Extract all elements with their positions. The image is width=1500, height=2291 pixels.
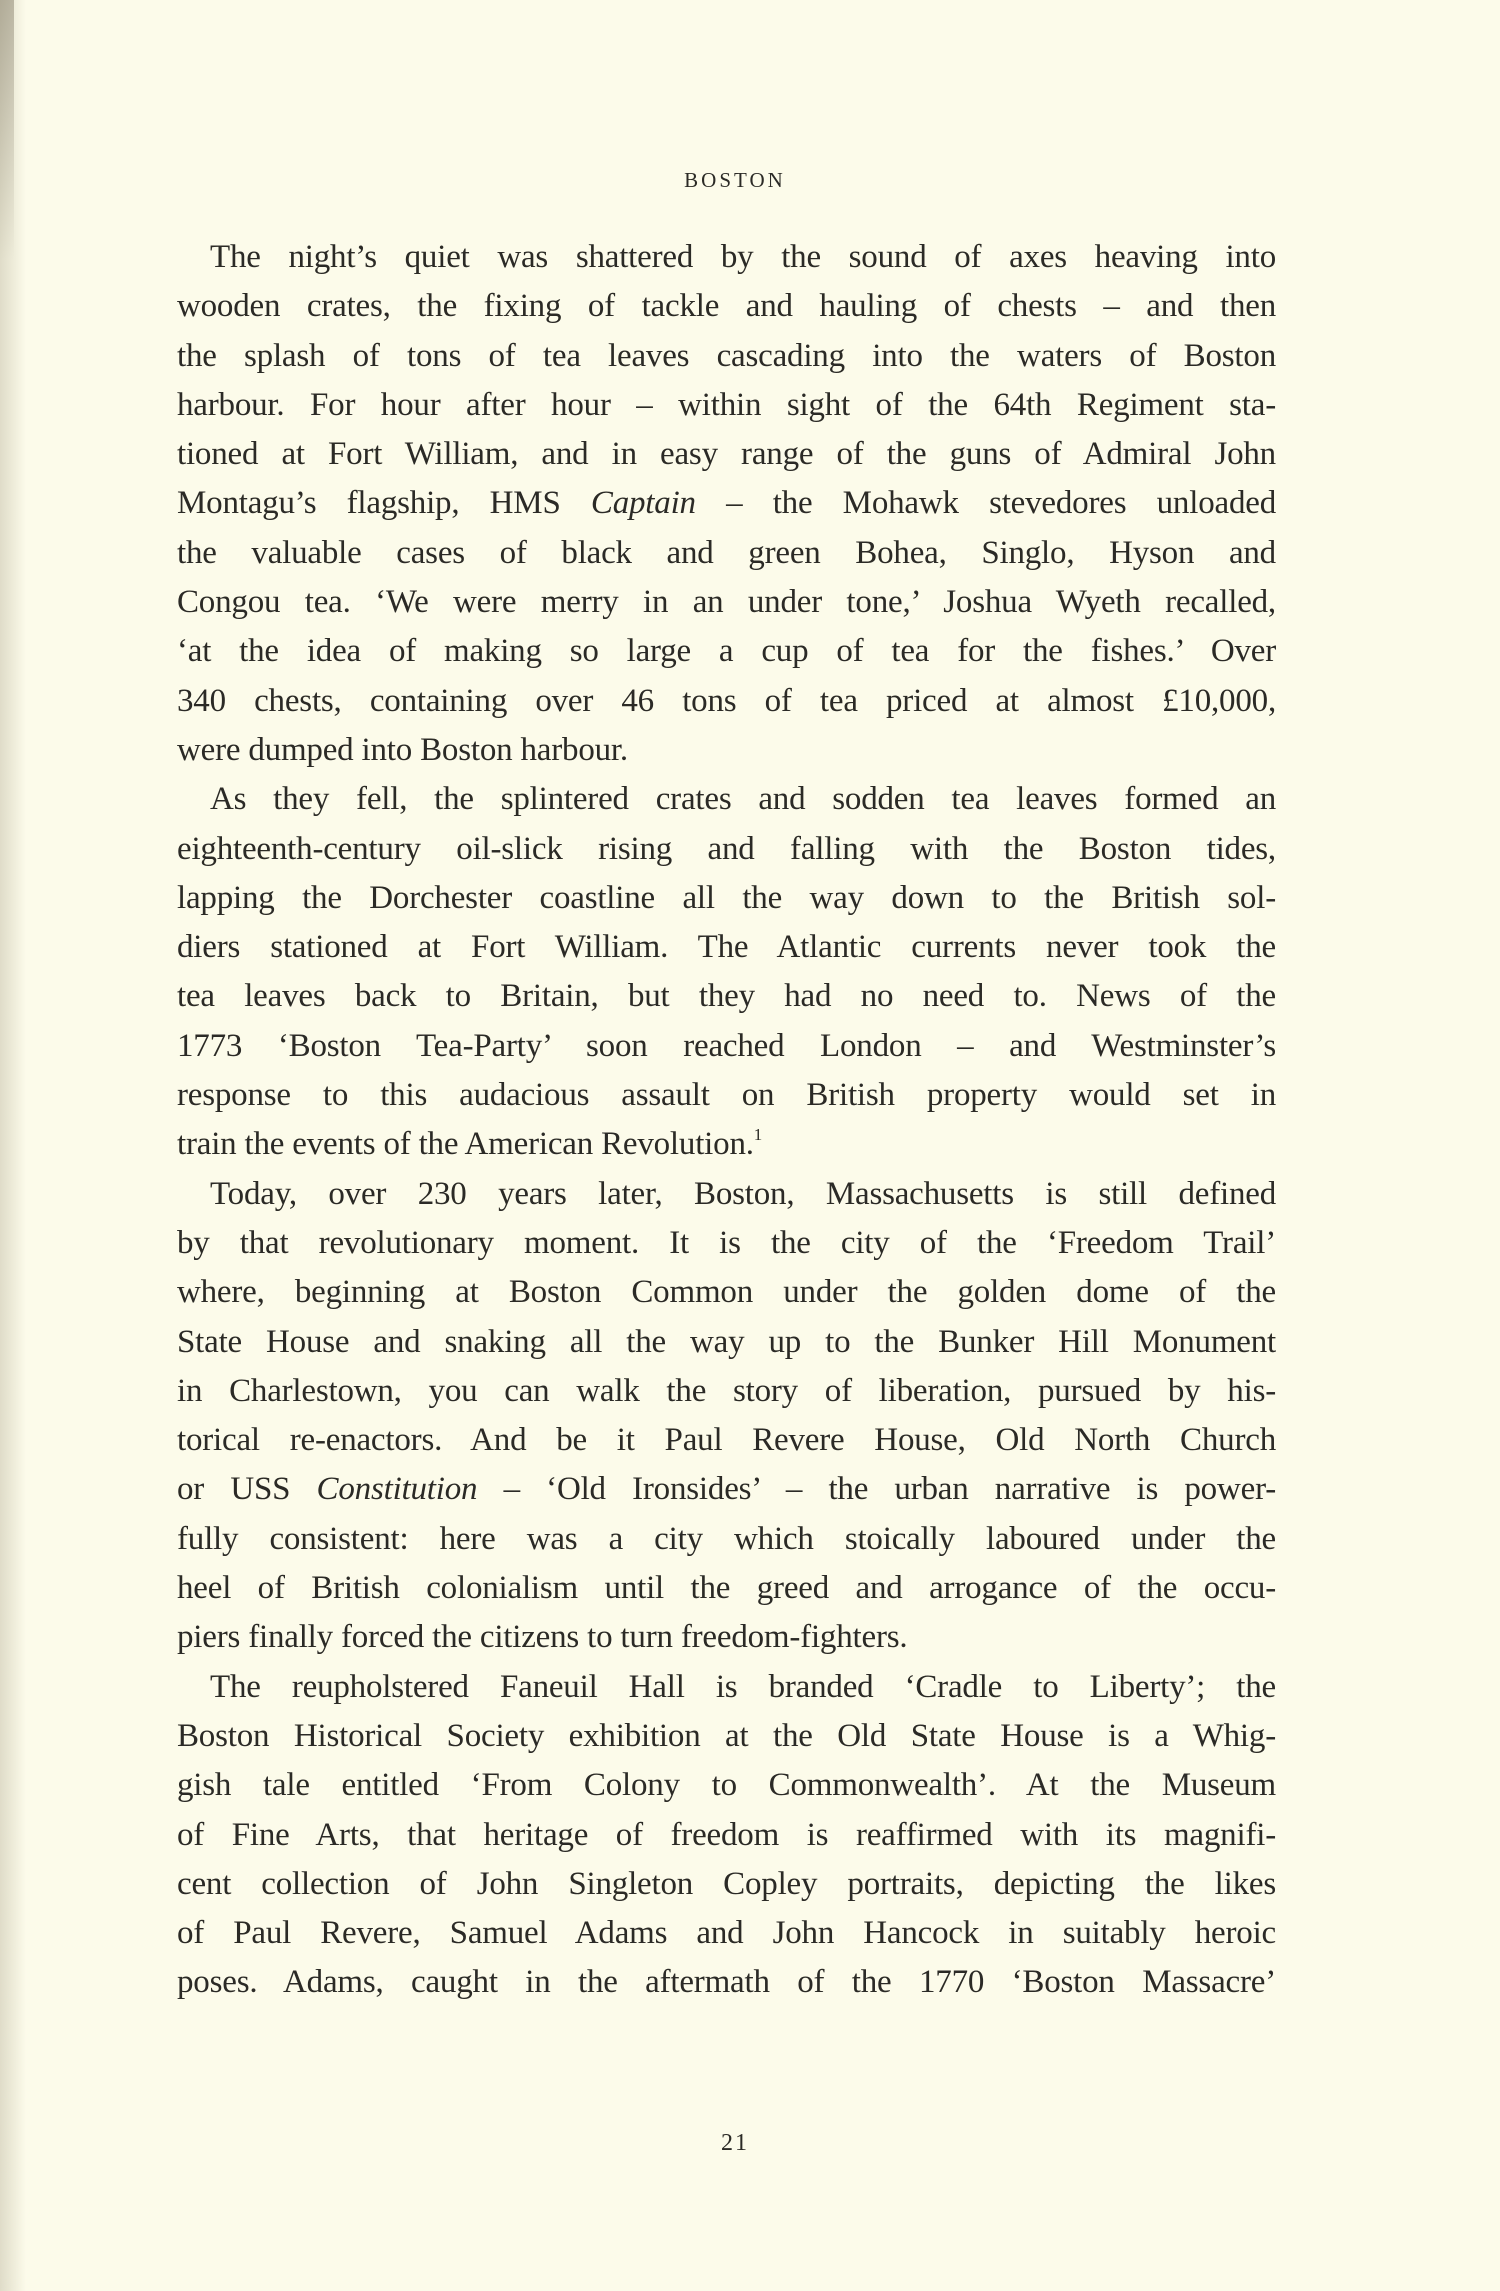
text-segment: of Fine Arts, that heritage of freedom i… (177, 1817, 1276, 1853)
text-line: tioned at Fort William, and in easy rang… (177, 430, 1276, 479)
text-line: where, beginning at Boston Common under … (177, 1268, 1276, 1317)
text-segment: piers finally forced the citizens to tur… (177, 1619, 907, 1655)
text-segment: fully consistent: here was a city which … (177, 1521, 1276, 1557)
text-segment: ‘at the idea of making so large a cup of… (177, 633, 1276, 669)
text-segment: State House and snaking all the way up t… (177, 1324, 1276, 1360)
text-segment: As they fell, the splintered crates and … (210, 781, 1276, 817)
text-segment: The reupholstered Faneuil Hall is brande… (210, 1669, 1276, 1705)
text-segment: tea leaves back to Britain, but they had… (177, 978, 1276, 1014)
text-segment: where, beginning at Boston Common under … (177, 1274, 1276, 1310)
text-line: wooden crates, the fixing of tackle and … (177, 282, 1276, 331)
text-line: heel of British colonialism until the gr… (177, 1564, 1276, 1613)
running-head: BOSTON (0, 168, 1470, 193)
paragraph: As they fell, the splintered crates and … (177, 775, 1276, 1169)
text-line: diers stationed at Fort William. The Atl… (177, 923, 1276, 972)
text-line: The night’s quiet was shattered by the s… (177, 233, 1276, 282)
text-segment: cent collection of John Singleton Copley… (177, 1866, 1276, 1902)
body-text: The night’s quiet was shattered by the s… (177, 233, 1276, 2008)
footnote-marker: 1 (754, 1125, 762, 1144)
text-line: of Paul Revere, Samuel Adams and John Ha… (177, 1909, 1276, 1958)
text-line: Congou tea. ‘We were merry in an under t… (177, 578, 1276, 627)
text-segment: gish tale entitled ‘From Colony to Commo… (177, 1767, 1276, 1803)
text-line: gish tale entitled ‘From Colony to Commo… (177, 1761, 1276, 1810)
text-segment: Montagu’s flagship, HMS (177, 485, 591, 521)
text-line: of Fine Arts, that heritage of freedom i… (177, 1811, 1276, 1860)
text-line: tea leaves back to Britain, but they had… (177, 972, 1276, 1021)
page-number: 21 (0, 2130, 1470, 2157)
text-segment: diers stationed at Fort William. The Atl… (177, 929, 1276, 965)
text-line: fully consistent: here was a city which … (177, 1515, 1276, 1564)
text-segment: were dumped into Boston harbour. (177, 732, 628, 768)
text-line: ‘at the idea of making so large a cup of… (177, 627, 1276, 676)
text-segment: The night’s quiet was shattered by the s… (210, 239, 1276, 275)
text-line: cent collection of John Singleton Copley… (177, 1860, 1276, 1909)
text-line: train the events of the American Revolut… (177, 1120, 1276, 1169)
text-line: the valuable cases of black and green Bo… (177, 529, 1276, 578)
text-segment: tioned at Fort William, and in easy rang… (177, 436, 1276, 472)
text-line: 1773 ‘Boston Tea-Party’ soon reached Lon… (177, 1022, 1276, 1071)
text-segment: train the events of the American Revolut… (177, 1126, 754, 1162)
text-line: The reupholstered Faneuil Hall is brande… (177, 1663, 1276, 1712)
text-line: were dumped into Boston harbour. (177, 726, 1276, 775)
text-line: or USS Constitution – ‘Old Ironsides’ – … (177, 1465, 1276, 1514)
text-line: in Charlestown, you can walk the story o… (177, 1367, 1276, 1416)
text-segment: Boston Historical Society exhibition at … (177, 1718, 1276, 1754)
text-line: State House and snaking all the way up t… (177, 1318, 1276, 1367)
text-segment: in Charlestown, you can walk the story o… (177, 1373, 1276, 1409)
text-line: As they fell, the splintered crates and … (177, 775, 1276, 824)
text-line: poses. Adams, caught in the aftermath of… (177, 1958, 1276, 2007)
text-segment: the splash of tons of tea leaves cascadi… (177, 338, 1276, 374)
text-line: torical re-enactors. And be it Paul Reve… (177, 1416, 1276, 1465)
text-segment: – ‘Old Ironsides’ – the urban narrative … (477, 1471, 1276, 1507)
text-segment: response to this audacious assault on Br… (177, 1077, 1276, 1113)
text-line: piers finally forced the citizens to tur… (177, 1613, 1276, 1662)
paragraph: The reupholstered Faneuil Hall is brande… (177, 1663, 1276, 2008)
paragraph: The night’s quiet was shattered by the s… (177, 233, 1276, 775)
text-line: Boston Historical Society exhibition at … (177, 1712, 1276, 1761)
text-segment: Congou tea. ‘We were merry in an under t… (177, 584, 1276, 620)
text-line: response to this audacious assault on Br… (177, 1071, 1276, 1120)
italic-title: Constitution (317, 1471, 478, 1507)
binding-shadow (0, 0, 26, 2291)
text-segment: heel of British colonialism until the gr… (177, 1570, 1276, 1606)
text-segment: lapping the Dorchester coastline all the… (177, 880, 1276, 916)
text-line: eighteenth-century oil-slick rising and … (177, 825, 1276, 874)
text-line: Today, over 230 years later, Boston, Mas… (177, 1170, 1276, 1219)
text-line: harbour. For hour after hour – within si… (177, 381, 1276, 430)
text-segment: of Paul Revere, Samuel Adams and John Ha… (177, 1915, 1276, 1951)
binding-shadow-top (0, 0, 14, 260)
text-segment: harbour. For hour after hour – within si… (177, 387, 1276, 423)
text-segment: eighteenth-century oil-slick rising and … (177, 831, 1276, 867)
italic-title: Captain (591, 485, 696, 521)
text-line: lapping the Dorchester coastline all the… (177, 874, 1276, 923)
text-segment: or USS (177, 1471, 317, 1507)
text-segment: Today, over 230 years later, Boston, Mas… (210, 1176, 1276, 1212)
text-line: by that revolutionary moment. It is the … (177, 1219, 1276, 1268)
text-line: 340 chests, containing over 46 tons of t… (177, 677, 1276, 726)
text-line: Montagu’s flagship, HMS Captain – the Mo… (177, 479, 1276, 528)
text-segment: by that revolutionary moment. It is the … (177, 1225, 1276, 1261)
text-segment: 1773 ‘Boston Tea-Party’ soon reached Lon… (177, 1028, 1276, 1064)
paragraph: Today, over 230 years later, Boston, Mas… (177, 1170, 1276, 1663)
text-line: the splash of tons of tea leaves cascadi… (177, 332, 1276, 381)
text-segment: wooden crates, the fixing of tackle and … (177, 288, 1276, 324)
text-segment: the valuable cases of black and green Bo… (177, 535, 1276, 571)
text-segment: poses. Adams, caught in the aftermath of… (177, 1964, 1276, 2000)
text-segment: 340 chests, containing over 46 tons of t… (177, 683, 1276, 719)
text-segment: – the Mohawk stevedores unloaded (696, 485, 1276, 521)
text-segment: torical re-enactors. And be it Paul Reve… (177, 1422, 1276, 1458)
